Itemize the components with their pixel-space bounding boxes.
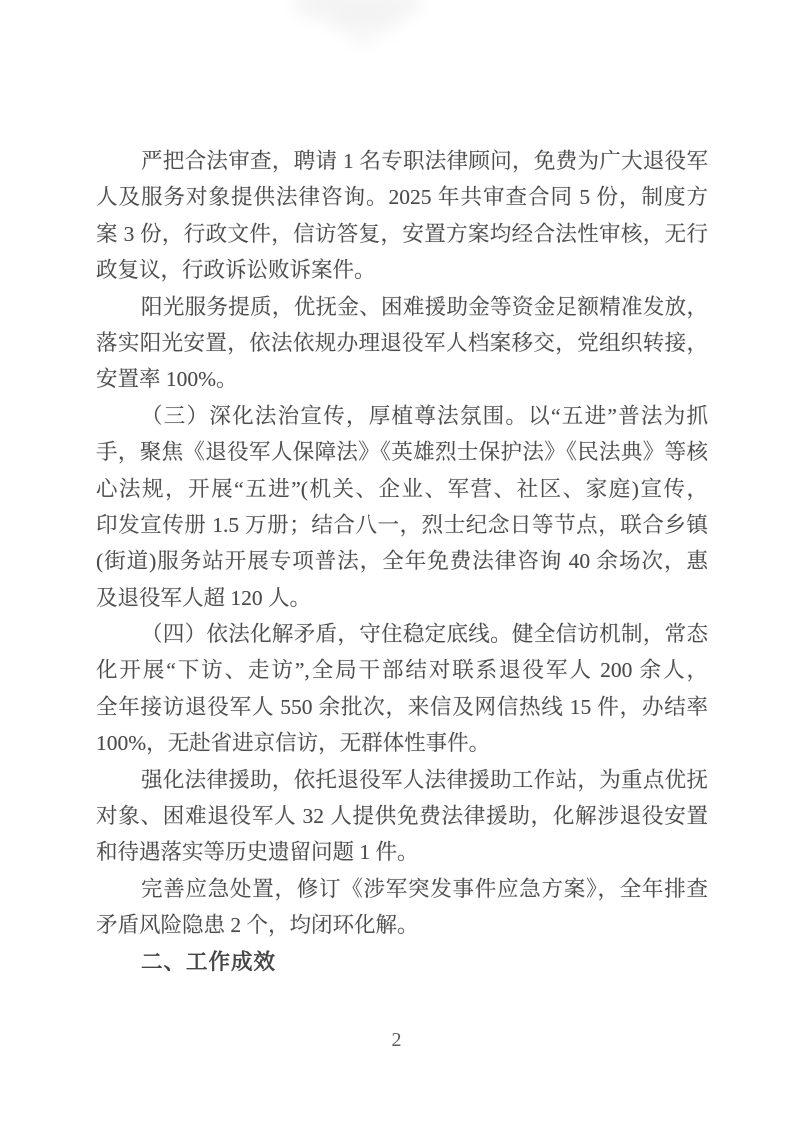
text-line: 人及服务对象提供法律咨询。2025 年共审查合同 5 份，制度方 — [96, 179, 708, 215]
section-heading: 二、工作成效 — [96, 944, 708, 980]
text-line: 全年接访退役军人 550 余批次，来信及网信热线 15 件，办结率 — [96, 689, 708, 725]
text-line: 和待遇落实等历史遗留问题 1 件。 — [96, 834, 708, 870]
text-line: 完善应急处置，修订《涉军突发事件应急方案》，全年排查 — [96, 871, 708, 907]
text-line: 手，聚焦《退役军人保障法》《英雄烈士保护法》《民法典》等核 — [96, 434, 708, 470]
text-line: 心法规，开展“五进”(机关、企业、军营、社区、家庭)宣传， — [96, 471, 708, 507]
text-line: 安置率 100%。 — [96, 361, 708, 397]
page-number: 2 — [0, 1029, 793, 1052]
text-line: 对象、困难退役军人 32 人提供免费法律援助，化解涉退役安置 — [96, 798, 708, 834]
text-line: (街道)服务站开展专项普法，全年免费法律咨询 40 余场次，惠 — [96, 543, 708, 579]
text-line: 落实阳光安置，依法依规办理退役军人档案移交，党组织转接， — [96, 325, 708, 361]
text-line: 化开展“下访、走访”,全局干部结对联系退役军人 200 余人， — [96, 652, 708, 688]
document-body: 严把合法审查，聘请 1 名专职法律顾问，免费为广大退役军人及服务对象提供法律咨询… — [96, 143, 708, 980]
text-line: 100%，无赴省进京信访，无群体性事件。 — [96, 725, 708, 761]
text-line: （三）深化法治宣传，厚植尊法氛围。以“五进”普法为抓 — [96, 398, 708, 434]
document-page: 严把合法审查，聘请 1 名专职法律顾问，免费为广大退役军人及服务对象提供法律咨询… — [0, 0, 793, 1121]
text-line: （四）依法化解矛盾，守住稳定底线。健全信访机制，常态 — [96, 616, 708, 652]
text-line: 案 3 份，行政文件，信访答复，安置方案均经合法性审核，无行 — [96, 216, 708, 252]
text-line: 严把合法审查，聘请 1 名专职法律顾问，免费为广大退役军 — [96, 143, 708, 179]
text-line: 印发宣传册 1.5 万册；结合八一，烈士纪念日等节点，联合乡镇 — [96, 507, 708, 543]
text-line: 强化法律援助，依托退役军人法律援助工作站，为重点优抚 — [96, 762, 708, 798]
text-line: 阳光服务提质，优抚金、困难援助金等资金足额精准发放， — [96, 289, 708, 325]
text-line: 及退役军人超 120 人。 — [96, 580, 708, 616]
text-line: 矛盾风险隐患 2 个，均闭环化解。 — [96, 907, 708, 943]
watermark-smudge — [352, 30, 374, 48]
text-line: 政复议，行政诉讼败诉案件。 — [96, 252, 708, 288]
